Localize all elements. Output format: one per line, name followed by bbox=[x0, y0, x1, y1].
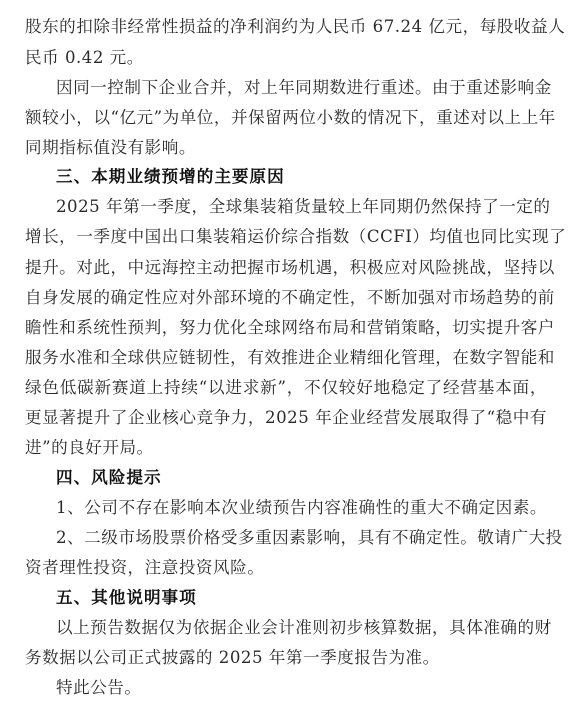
paragraph-line: 民币 0.42 元。 bbox=[25, 43, 547, 73]
paragraph-line: 瞻性和系统性预判，努力优化全球网络布局和营销策略，切实提升客户 bbox=[25, 313, 547, 343]
announcement-page: 股东的扣除非经常性损益的净利润约为人民币 67.24 亿元，每股收益人 民币 0… bbox=[0, 0, 569, 713]
paragraph-line: 资者理性投资，注意投资风险。 bbox=[25, 553, 547, 583]
section-heading-5: 五、其他说明事项 bbox=[56, 583, 547, 613]
section-heading-3: 三、本期业绩预增的主要原因 bbox=[56, 162, 547, 192]
paragraph-line: 2025 年第一季度，全球集装箱货量较上年同期仍然保持了一定的 bbox=[56, 192, 547, 222]
paragraph-line: 进”的良好开局。 bbox=[25, 433, 547, 463]
paragraph-line: 股东的扣除非经常性损益的净利润约为人民币 67.24 亿元，每股收益人 bbox=[25, 12, 547, 42]
paragraph-line: 更显著提升了企业核心竞争力，2025 年企业经营发展取得了“稳中有 bbox=[25, 403, 547, 433]
paragraph-line: 自身发展的确定性应对外部环境的不确定性，不断加强对市场趋势的前 bbox=[25, 283, 547, 313]
paragraph-line: 额较小，以“亿元”为单位，并保留两位小数的情况下，重述对以上上年 bbox=[25, 103, 547, 133]
paragraph-line: 同期指标值没有影响。 bbox=[25, 133, 547, 163]
paragraph-line: 1、公司不存在影响本次业绩预告内容准确性的重大不确定因素。 bbox=[56, 493, 547, 523]
section-heading-4: 四、风险提示 bbox=[56, 463, 547, 493]
paragraph-line: 2、二级市场股票价格受多重因素影响，具有不确定性。敬请广大投 bbox=[56, 523, 547, 553]
paragraph-line: 服务水准和全球供应链韧性，有效推进企业精细化管理，在数字智能和 bbox=[25, 343, 547, 373]
paragraph-line: 绿色低碳新赛道上持续“以进求新”，不仅较好地稳定了经营基本面， bbox=[25, 373, 547, 403]
paragraph-line: 务数据以公司正式披露的 2025 年第一季度报告为准。 bbox=[25, 643, 547, 673]
paragraph-line: 提升。对此，中远海控主动把握市场机遇，积极应对风险挑战，坚持以 bbox=[25, 253, 547, 283]
paragraph-line: 以上预告数据仅为依据企业会计准则初步核算数据，具体准确的财 bbox=[56, 613, 547, 643]
paragraph-line: 增长，一季度中国出口集装箱运价综合指数（CCFI）均值也同比实现了 bbox=[25, 222, 547, 252]
paragraph-line: 因同一控制下企业合并，对上年同期数进行重述。由于重述影响金 bbox=[56, 73, 547, 103]
closing-line: 特此公告。 bbox=[56, 673, 547, 703]
